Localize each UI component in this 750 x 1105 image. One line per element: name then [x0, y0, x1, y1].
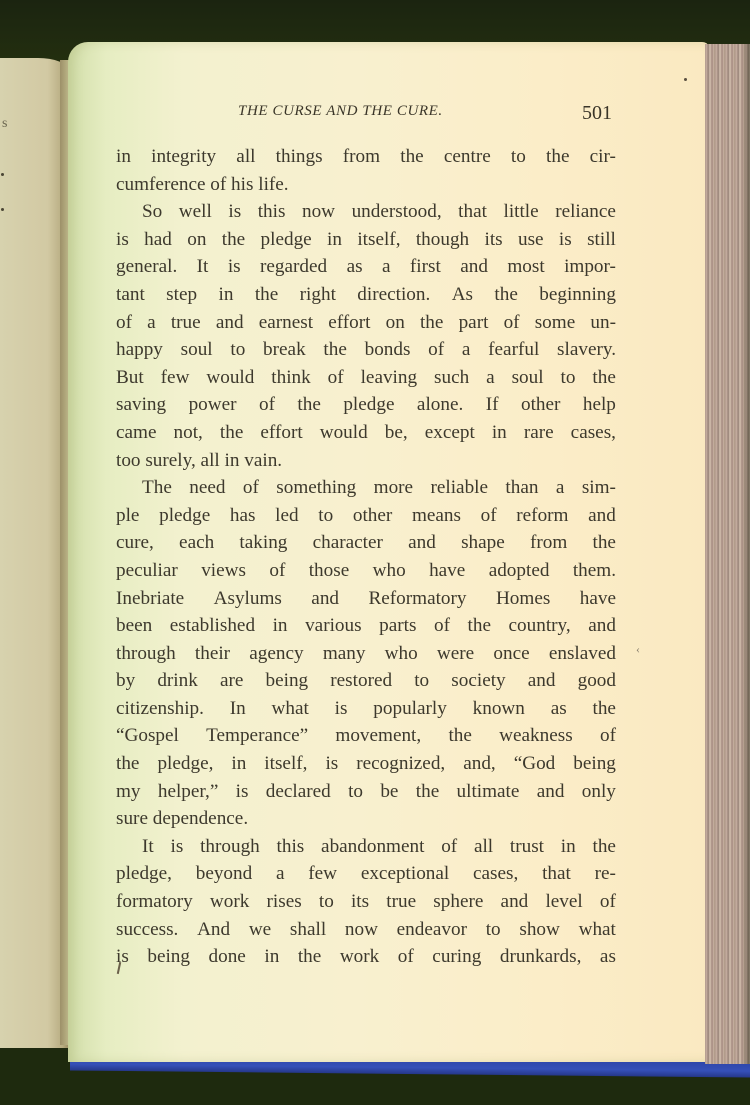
text-line: citizenship.Inwhatispopularlyknownasthe	[116, 695, 616, 723]
word: sphere	[433, 888, 483, 916]
word: as	[551, 695, 567, 723]
word: all	[236, 143, 255, 171]
word: itself,	[357, 226, 400, 254]
text-line: formatoryworkrisestoitstruesphereandleve…	[116, 888, 616, 916]
word: in	[116, 143, 131, 171]
word: things	[276, 143, 323, 171]
word: except	[425, 419, 475, 447]
word: through	[200, 833, 260, 861]
word: as	[347, 253, 363, 281]
text-line: peculiarviewsofthosewhohaveadoptedthem.	[116, 557, 616, 585]
word: the	[592, 833, 615, 861]
word: a	[486, 364, 495, 392]
word: reliable	[430, 474, 488, 502]
word: leaving	[361, 364, 417, 392]
word: help	[583, 391, 616, 419]
word: level	[545, 888, 582, 916]
word: came	[116, 419, 156, 447]
word: and	[216, 309, 244, 337]
word: of	[434, 612, 450, 640]
text-line: camenot,theeffortwouldbe,exceptinrarecas…	[116, 419, 616, 447]
word: of	[428, 336, 444, 364]
word: true	[171, 309, 201, 337]
word: citizenship.	[116, 695, 204, 723]
word: pledge	[159, 502, 210, 530]
word: sim-	[582, 474, 616, 502]
word: most	[507, 253, 544, 281]
word: the	[220, 419, 243, 447]
word: though	[416, 226, 469, 254]
word: success.	[116, 916, 178, 944]
word: being	[573, 750, 616, 778]
word: through	[116, 640, 176, 668]
word: the	[592, 695, 615, 723]
word: in	[264, 943, 279, 971]
word: restored	[330, 667, 392, 695]
word: abandonment	[321, 833, 424, 861]
word: who	[373, 557, 406, 585]
word: to	[561, 364, 576, 392]
word: been	[116, 612, 152, 640]
word: views	[201, 557, 246, 585]
word: saving	[116, 391, 166, 419]
left-page-edge: s	[0, 58, 68, 1048]
word: is	[171, 833, 184, 861]
word: of	[600, 888, 616, 916]
word: need	[189, 474, 225, 502]
word: established	[170, 612, 255, 640]
word: curing	[432, 943, 481, 971]
word: agency	[249, 640, 303, 668]
word: and	[588, 502, 616, 530]
word: adopted	[489, 557, 550, 585]
text-line: thepledge,initself,isrecognized,and,“God…	[116, 750, 616, 778]
word: the	[593, 529, 616, 557]
word: this	[258, 198, 286, 226]
running-head: THE CURSE AND THE CURE.	[238, 103, 443, 120]
text-line: Butfewwouldthinkofleavingsuchasoultothe	[116, 364, 616, 392]
word: pledge	[261, 226, 312, 254]
word: many	[323, 640, 366, 668]
word: reform	[516, 502, 568, 530]
word: known	[473, 695, 525, 723]
text-line: cure,eachtakingcharacterandshapefromthe	[116, 529, 616, 557]
word: is	[116, 226, 129, 254]
word: beyond	[196, 860, 253, 888]
word: we	[249, 916, 271, 944]
word: in	[492, 419, 507, 447]
word: the	[546, 143, 569, 171]
word: cases,	[571, 419, 616, 447]
page-number: 501	[582, 102, 612, 125]
word: its	[485, 226, 503, 254]
word: what	[579, 916, 616, 944]
text-line: tantstepintherightdirection.Asthebeginni…	[116, 281, 616, 309]
word: work	[210, 888, 249, 916]
word: soul	[181, 336, 213, 364]
word: to	[486, 916, 501, 944]
word: centre	[444, 143, 491, 171]
word: to	[348, 778, 363, 806]
word: If	[486, 391, 499, 419]
text-line: bydrinkarebeingrestoredtosocietyandgood	[116, 667, 616, 695]
word: other	[353, 502, 392, 530]
word: the	[448, 722, 471, 750]
word: in	[561, 833, 576, 861]
word: popularly	[373, 695, 447, 723]
word: are	[220, 667, 243, 695]
word: alone.	[417, 391, 463, 419]
word: who	[385, 640, 418, 668]
word: them.	[573, 557, 616, 585]
word: use	[518, 226, 544, 254]
word: happy	[116, 336, 163, 364]
word: of	[243, 474, 259, 502]
word: right	[300, 281, 336, 309]
word: and	[408, 529, 436, 557]
fore-edge-pages	[705, 44, 750, 1064]
word: cir-	[590, 143, 616, 171]
word: have	[429, 557, 465, 585]
word: trust	[510, 833, 544, 861]
text-line: “GospelTemperance”movement,theweaknessof	[116, 722, 616, 750]
text-line: success.Andweshallnowendeavortoshowwhat	[116, 916, 616, 944]
word: helper,”	[158, 778, 219, 806]
word: reliance	[555, 198, 616, 226]
word: more	[374, 474, 413, 502]
text-line: InebriateAsylumsandReformatoryHomeshave	[116, 585, 616, 613]
word: society	[451, 667, 505, 695]
text-line: plepledgehasledtoothermeansofreformand	[116, 502, 616, 530]
word: shall	[290, 916, 326, 944]
word: fearful	[488, 336, 539, 364]
word: to	[230, 336, 245, 364]
word: drink	[157, 667, 198, 695]
word: by	[116, 667, 135, 695]
word: endeavor	[397, 916, 467, 944]
word: Reformatory	[368, 585, 466, 613]
word: is	[335, 695, 348, 723]
word: were	[437, 640, 474, 668]
word: the	[420, 309, 443, 337]
word: of	[116, 309, 132, 337]
word: the	[297, 391, 320, 419]
word: in	[273, 612, 288, 640]
word: As	[452, 281, 473, 309]
word: rare	[524, 419, 554, 447]
word: that	[542, 860, 571, 888]
word: some	[535, 309, 576, 337]
text-line: beenestablishedinvariouspartsofthecountr…	[116, 612, 616, 640]
body-text: inintegrityallthingsfromthecentretotheci…	[116, 143, 616, 971]
word: being	[266, 667, 309, 695]
text-line: ofatrueandearnesteffortonthepartofsomeun…	[116, 309, 616, 337]
word: the	[323, 336, 346, 364]
word: work	[340, 943, 379, 971]
word: is	[236, 778, 249, 806]
word: the	[494, 281, 517, 309]
word: drunkards,	[500, 943, 582, 971]
word: and,	[463, 750, 496, 778]
word: not,	[174, 419, 203, 447]
word: the	[468, 612, 491, 640]
text-line: Itisthroughthisabandonmentofalltrustinth…	[116, 833, 616, 861]
word: to	[318, 502, 333, 530]
word: itself,	[264, 750, 307, 778]
word: little	[503, 198, 538, 226]
word: means	[412, 502, 461, 530]
ink-speck	[684, 78, 687, 81]
word: various	[305, 612, 362, 640]
text-line: isbeingdoneintheworkofcuringdrunkards,as	[116, 943, 616, 971]
word: of	[504, 309, 520, 337]
margin-mark: ‹	[636, 642, 640, 657]
word: to	[414, 667, 429, 695]
word: something	[276, 474, 356, 502]
word: formatory	[116, 888, 193, 916]
word: a	[147, 309, 156, 337]
word: It	[142, 833, 154, 861]
word: Inebriate	[116, 585, 184, 613]
left-page-margin-glyph: s	[2, 116, 7, 132]
word: exceptional	[361, 860, 449, 888]
word: a	[462, 336, 471, 364]
word: character	[313, 529, 383, 557]
text-line: too surely, all in vain.	[116, 447, 616, 475]
word: of	[259, 391, 275, 419]
word: is	[228, 198, 241, 226]
text-line: sure dependence.	[116, 805, 616, 833]
word: country,	[509, 612, 571, 640]
word: their	[195, 640, 230, 668]
word: from	[530, 529, 567, 557]
word: have	[580, 585, 616, 613]
word: as	[600, 943, 616, 971]
word: now	[345, 916, 378, 944]
word: effort	[328, 309, 370, 337]
word: is	[325, 750, 338, 778]
word: “God	[514, 750, 556, 778]
word: cases,	[473, 860, 518, 888]
text-line: cumference of his life.	[116, 171, 616, 199]
word: to	[511, 143, 526, 171]
word: still	[587, 226, 616, 254]
word: weakness	[499, 722, 573, 750]
word: now	[302, 198, 335, 226]
word: pledge,	[116, 860, 172, 888]
word: tant	[116, 281, 145, 309]
word: true	[386, 888, 416, 916]
text-line: inintegrityallthingsfromthecentretotheci…	[116, 143, 616, 171]
word: enslaved	[549, 640, 616, 668]
word: So	[142, 198, 162, 226]
word: ple	[116, 502, 139, 530]
word: The	[142, 474, 172, 502]
word: and	[460, 253, 488, 281]
word: few	[161, 364, 190, 392]
word: that	[458, 198, 487, 226]
word: break	[263, 336, 306, 364]
word: my	[116, 778, 141, 806]
word: all	[474, 833, 493, 861]
word: the	[298, 943, 321, 971]
word: recognized,	[356, 750, 445, 778]
word: the	[222, 226, 245, 254]
word: in	[327, 226, 342, 254]
word: and	[537, 778, 565, 806]
word: slavery.	[557, 336, 616, 364]
word: bonds	[365, 336, 411, 364]
word: and	[588, 612, 616, 640]
word: has	[230, 502, 256, 530]
word: of	[600, 722, 616, 750]
word: integrity	[151, 143, 216, 171]
word: of	[441, 833, 457, 861]
word: Temperance”	[206, 722, 308, 750]
word: pledge	[343, 391, 394, 419]
word: only	[582, 778, 616, 806]
word: a	[276, 860, 285, 888]
word: But	[116, 364, 144, 392]
text-line: ishadonthepledgeinitself,thoughitsuseiss…	[116, 226, 616, 254]
word: peculiar	[116, 557, 178, 585]
word: It	[197, 253, 209, 281]
word: In	[230, 695, 246, 723]
word: what	[272, 695, 309, 723]
word: to	[319, 888, 334, 916]
word: of	[481, 502, 497, 530]
text-line: myhelper,”isdeclaredtobetheultimateandon…	[116, 778, 616, 806]
word: be,	[385, 419, 408, 447]
word: movement,	[335, 722, 421, 750]
word: the	[592, 364, 615, 392]
word: from	[343, 143, 380, 171]
word: is	[228, 253, 241, 281]
word: once	[493, 640, 529, 668]
word: step	[166, 281, 197, 309]
ink-speck	[1, 208, 4, 211]
word: effort	[260, 419, 302, 447]
word: of	[269, 557, 285, 585]
word: parts	[379, 612, 416, 640]
word: declared	[266, 778, 331, 806]
word: the	[400, 143, 423, 171]
word: re-	[595, 860, 616, 888]
word: “Gospel	[116, 722, 179, 750]
word: taking	[239, 529, 287, 557]
word: and	[311, 585, 339, 613]
word: un-	[590, 309, 616, 337]
word: of	[328, 364, 344, 392]
word: a	[382, 253, 391, 281]
word: Homes	[496, 585, 550, 613]
word: the	[116, 750, 139, 778]
word: of	[398, 943, 414, 971]
word: pledge,	[157, 750, 213, 778]
word: shape	[461, 529, 505, 557]
word: being	[147, 943, 190, 971]
word: a	[556, 474, 565, 502]
word: done	[209, 943, 246, 971]
word: think	[271, 364, 310, 392]
word: such	[434, 364, 469, 392]
word: this	[277, 833, 305, 861]
ink-speck	[1, 173, 4, 176]
text-line: happysoultobreakthebondsofafearfulslaver…	[116, 336, 616, 364]
word: general.	[116, 253, 177, 281]
word: is	[559, 226, 572, 254]
word: rises	[267, 888, 302, 916]
word: cure,	[116, 529, 154, 557]
word: power	[189, 391, 237, 419]
word: few	[308, 860, 337, 888]
word: would	[320, 419, 368, 447]
word: in	[218, 281, 233, 309]
word: well	[179, 198, 212, 226]
word: other	[521, 391, 560, 419]
text-line: general.Itisregardedasafirstandmostimpor…	[116, 253, 616, 281]
text-line: throughtheiragencymanywhowereonceenslave…	[116, 640, 616, 668]
word: be	[380, 778, 398, 806]
word: in	[231, 750, 246, 778]
word: impor-	[564, 253, 616, 281]
text-line: Sowellisthisnowunderstood,thatlittlereli…	[116, 198, 616, 226]
word: show	[519, 916, 560, 944]
word: And	[197, 916, 230, 944]
word: direction.	[357, 281, 430, 309]
word: good	[578, 667, 616, 695]
text-line: Theneedofsomethingmorereliablethanasim-	[116, 474, 616, 502]
text-line: savingpowerofthepledgealone.Ifotherhelp	[116, 391, 616, 419]
word: led	[275, 502, 298, 530]
word: soul	[512, 364, 544, 392]
word: those	[309, 557, 350, 585]
word: earnest	[259, 309, 313, 337]
word: and	[501, 888, 529, 916]
word: regarded	[260, 253, 327, 281]
word: than	[505, 474, 538, 502]
word: its	[351, 888, 369, 916]
word: would	[206, 364, 254, 392]
word: each	[179, 529, 214, 557]
word: Asylums	[214, 585, 282, 613]
text-line: pledge,beyondafewexceptionalcases,thatre…	[116, 860, 616, 888]
word: beginning	[539, 281, 616, 309]
word: first	[410, 253, 441, 281]
word: on	[187, 226, 206, 254]
word: part	[459, 309, 489, 337]
word: ultimate	[457, 778, 520, 806]
word: understood,	[352, 198, 442, 226]
word: on	[386, 309, 405, 337]
word: the	[416, 778, 439, 806]
word: had	[144, 226, 172, 254]
word: the	[255, 281, 278, 309]
word: and	[528, 667, 556, 695]
